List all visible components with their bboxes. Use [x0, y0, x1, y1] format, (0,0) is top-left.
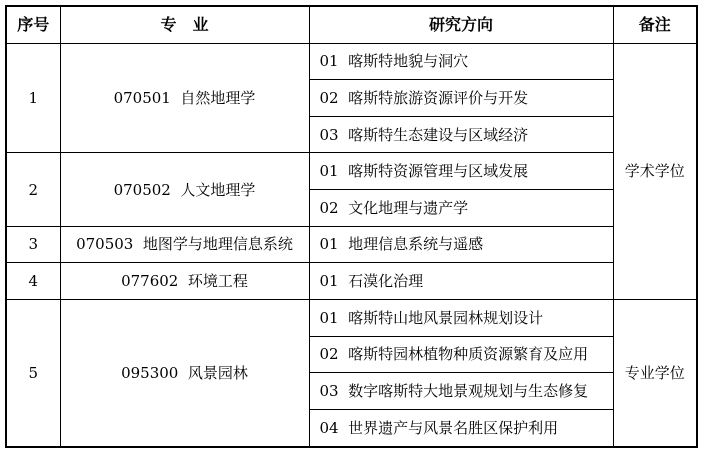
cell-index-2: 2	[6, 153, 60, 226]
cell-major-2: 070502 人文地理学	[60, 153, 309, 226]
cell-direction: 01 喀斯特资源管理与区域发展	[309, 153, 613, 190]
programs-table: 序号 专 业 研究方向 备注 1 070501 自然地理学 01 喀斯特地貌与洞…	[5, 5, 698, 448]
cell-index-1: 1	[6, 43, 60, 153]
cell-direction: 02 喀斯特园林植物种质资源繁育及应用	[309, 336, 613, 373]
cell-direction: 01 地理信息系统与遥感	[309, 226, 613, 263]
cell-index-5: 5	[6, 299, 60, 447]
table-row: 4 077602 环境工程 01 石漠化治理	[6, 263, 697, 300]
cell-direction: 03 喀斯特生态建设与区域经济	[309, 116, 613, 153]
header-index: 序号	[6, 6, 60, 43]
table-row: 2 070502 人文地理学 01 喀斯特资源管理与区域发展	[6, 153, 697, 190]
header-row: 序号 专 业 研究方向 备注	[6, 6, 697, 43]
cell-major-1: 070501 自然地理学	[60, 43, 309, 153]
table-row: 3 070503 地图学与地理信息系统 01 地理信息系统与遥感	[6, 226, 697, 263]
cell-direction: 01 喀斯特山地风景园林规划设计	[309, 299, 613, 336]
cell-direction: 01 石漠化治理	[309, 263, 613, 300]
cell-note-academic: 学术学位	[613, 43, 697, 299]
cell-direction: 02 文化地理与遗产学	[309, 190, 613, 227]
cell-major-4: 077602 环境工程	[60, 263, 309, 300]
cell-major-3: 070503 地图学与地理信息系统	[60, 226, 309, 263]
cell-note-professional: 专业学位	[613, 299, 697, 447]
header-direction: 研究方向	[309, 6, 613, 43]
cell-index-4: 4	[6, 263, 60, 300]
page: 序号 专 业 研究方向 备注 1 070501 自然地理学 01 喀斯特地貌与洞…	[0, 0, 702, 454]
header-major: 专 业	[60, 6, 309, 43]
table-row: 5 095300 风景园林 01 喀斯特山地风景园林规划设计 专业学位	[6, 299, 697, 336]
header-note: 备注	[613, 6, 697, 43]
cell-direction: 03 数字喀斯特大地景观规划与生态修复	[309, 373, 613, 410]
cell-direction: 04 世界遗产与风景名胜区保护利用	[309, 409, 613, 447]
cell-index-3: 3	[6, 226, 60, 263]
table-row: 1 070501 自然地理学 01 喀斯特地貌与洞穴 学术学位	[6, 43, 697, 80]
cell-direction: 02 喀斯特旅游资源评价与开发	[309, 80, 613, 117]
cell-major-5: 095300 风景园林	[60, 299, 309, 447]
cell-direction: 01 喀斯特地貌与洞穴	[309, 43, 613, 80]
